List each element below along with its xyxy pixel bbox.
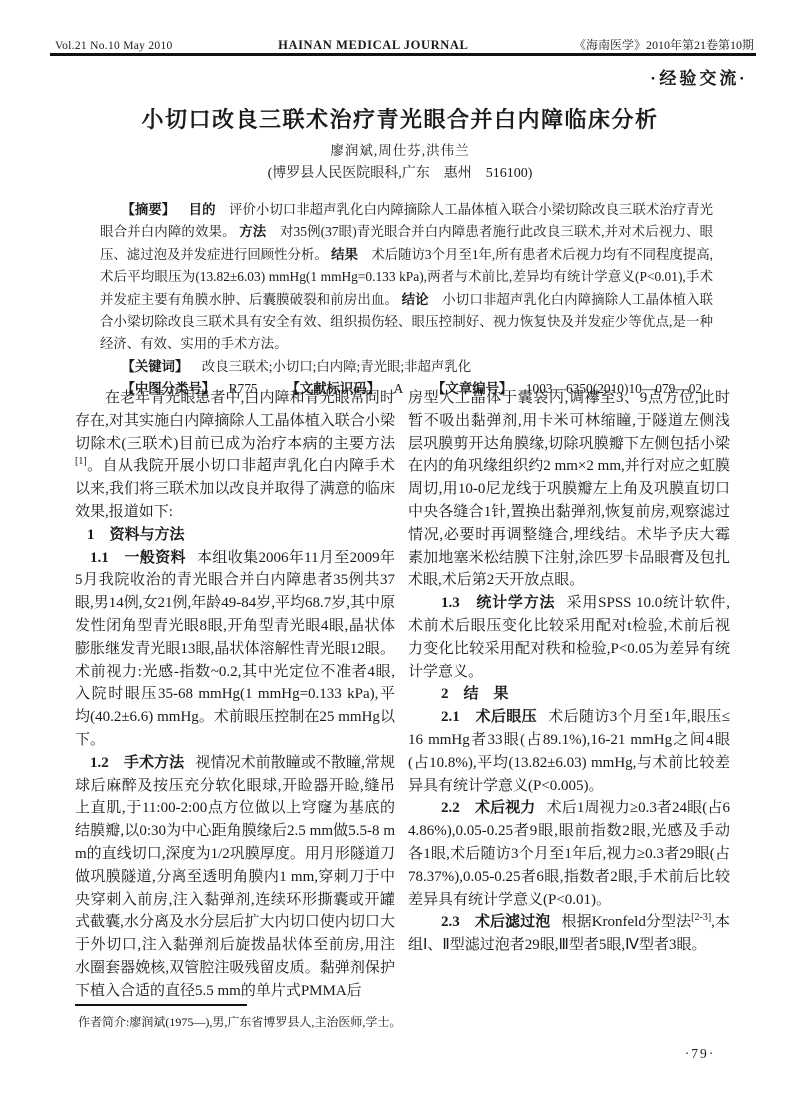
reference-1-marker: [1] [75,456,87,467]
section-1-heading: 1 资料与方法 [75,524,395,547]
keywords-text: 改良三联术;小切口;白内障;青光眼;非超声乳化 [202,359,471,374]
section-1-3-paragraph: 1.3 统计学方法采用SPSS 10.0统计软件,术前术后眼压变化比较采用配对t… [408,592,730,683]
section-2-2-paragraph: 2.2 术后视力术后1周视力≥0.3者24眼(占64.86%),0.05-0.2… [408,797,730,911]
reference-2-3-marker: [2-3] [691,912,711,923]
article-authors: 廖润斌,周仕芬,洪伟兰 [0,139,800,159]
doc-code-value: A [394,381,404,396]
body-column-right: 房型人工晶体于囊袋内,调襻至3、9点方位,此时暂不吸出黏弹剂,用卡米可林缩瞳,于… [408,387,730,957]
header-rule [50,53,756,56]
article-title: 小切口改良三联术治疗青光眼合并白内障临床分析 [0,103,800,134]
abstract-paragraph: 【摘要】 目的 评价小切口非超声乳化白内障摘除人工晶体植入联合小梁切除改良三联术… [100,199,713,356]
intro-paragraph: 在老年青光眼患者中,白内障和青光眼常同时存在,对其实施白内障摘除人工晶体植入联合… [75,387,395,524]
header-volume-info: Vol.21 No.10 May 2010 [55,40,173,52]
section-2-heading: 2 结 果 [408,683,730,706]
section-1-2-continued: 房型人工晶体于囊袋内,调襻至3、9点方位,此时暂不吸出黏弹剂,用卡米可林缩瞳,于… [408,387,730,592]
keywords-label: 【关键词】 [121,359,188,374]
article-meta-block: 【摘要】 目的 评价小切口非超声乳化白内障摘除人工晶体植入联合小梁切除改良三联术… [100,199,713,401]
body-column-left: 在老年青光眼患者中,白内障和青光眼常同时存在,对其实施白内障摘除人工晶体植入联合… [75,387,395,1003]
keywords-line: 【关键词】 改良三联术;小切口;白内障;青光眼;非超声乳化 [100,356,713,378]
section-1-2-text: 视情况术前散瞳或不散瞳,常规球后麻醉及按压充分软化眼球,开睑器开睑,缝吊上直肌,… [75,755,395,999]
journal-article-page: Vol.21 No.10 May 2010 HAINAN MEDICAL JOU… [0,0,800,1102]
section-2-2-label: 2.2 术后视力 [441,800,535,816]
section-1-1-text: 本组收集2006年11月至2009年5月我院收治的青光眼合并白内障患者35例共3… [75,550,395,748]
section-1-1-label: 1.1 一般资料 [90,550,186,566]
abstract-results-label: 结果 [331,247,358,262]
intro-text-before-ref: 在老年青光眼患者中,白内障和青光眼常同时存在,对其实施白内障摘除人工晶体植入联合… [75,390,395,452]
section-1-2-paragraph: 1.2 手术方法视情况术前散瞳或不散瞳,常规球后麻醉及按压充分软化眼球,开睑器开… [75,752,395,1003]
article-affiliation: (博罗县人民医院眼科,广东 惠州 516100) [0,162,800,182]
page-number: ·79· [655,1046,745,1062]
section-2-3-label: 2.3 术后滤过泡 [441,914,550,930]
section-2-3-text-before-ref: 根据Kronfeld分型法 [562,914,692,930]
header-issue-info: 《海南医学》2010年第21卷第10期 [574,36,754,53]
section-1-3-label: 1.3 统计学方法 [441,595,555,611]
section-1-1-paragraph: 1.1 一般资料本组收集2006年11月至2009年5月我院收治的青光眼合并白内… [75,547,395,752]
section-2-1-paragraph: 2.1 术后眼压术后随访3个月至1年,眼压≤16 mmHg者33眼(占89.1%… [408,706,730,797]
author-bio-footnote: 作者简介:廖润斌(1975—),男,广东省博罗县人,主治医师,学士。 [78,1013,598,1030]
column-section-label: ·经验交流· [651,64,748,89]
footnote-rule [75,1004,247,1006]
section-2-2-text: 术后1周视力≥0.3者24眼(占64.86%),0.05-0.25者9眼,眼前指… [408,800,730,907]
intro-text-after-ref: 。自从我院开展小切口非超声乳化白内障手术以来,我们将三联术加以改良并取得了满意的… [75,458,395,520]
abstract-objective-label: 目的 [189,202,216,217]
section-1-2-label: 1.2 手术方法 [90,755,184,771]
abstract-label: 【摘要】 [121,202,175,217]
page-header: Vol.21 No.10 May 2010 HAINAN MEDICAL JOU… [55,36,754,53]
abstract-methods-label: 方法 [239,224,266,239]
section-2-1-label: 2.1 术后眼压 [441,709,537,725]
abstract-conclusion-label: 结论 [402,292,429,307]
section-2-3-paragraph: 2.3 术后滤过泡根据Kronfeld分型法[2-3],本组Ⅰ、Ⅱ型滤过泡者29… [408,911,730,957]
header-journal-name: HAINAN MEDICAL JOURNAL [278,38,468,53]
